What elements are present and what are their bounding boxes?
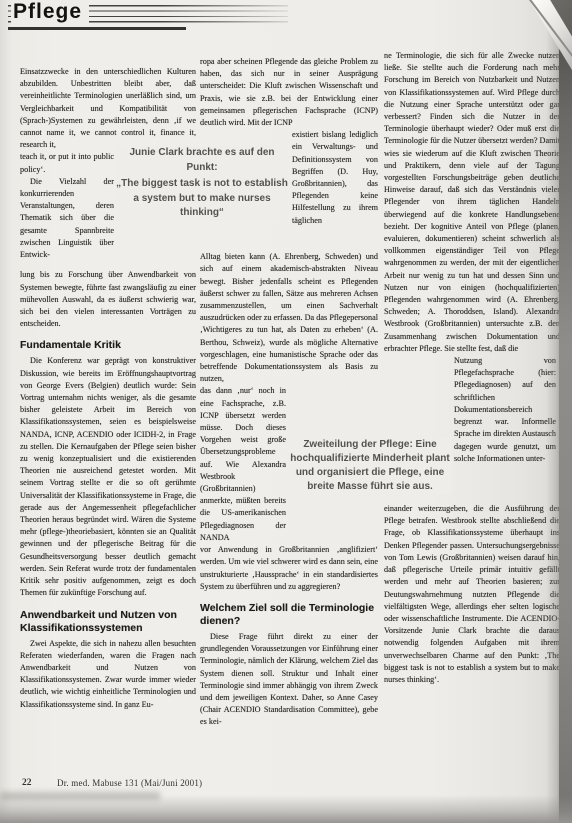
body-text-segment: einander weiterzugeben, die die Ausführu… — [384, 503, 560, 686]
body-text-segment: Die Konferenz war geprägt von konstrukti… — [20, 355, 196, 599]
body-text-segment-wrap-quote2: das dann ‚nur‘ noch in eine Fachsprache,… — [200, 385, 286, 544]
article-body: Einsatzzwecke in den unterschiedlichen K… — [0, 0, 572, 823]
page-curl — [520, 0, 572, 70]
pullquote-2-text: Zweiteilung der Pflege: Eine hochqualifi… — [288, 438, 452, 494]
body-text-segment: Einsatzzwecke in den unterschiedlichen K… — [20, 66, 196, 151]
scan-shadow-right-edge — [559, 0, 572, 823]
body-text-segment: Diese Frage führt direkt zu einer der gr… — [200, 631, 378, 729]
heading-anwendbarkeit-nutzen: Anwendbarkeit und Nutzen von Klassifikat… — [20, 609, 196, 635]
pullquote-2: Zweiteilung der Pflege: Eine hochqualifi… — [288, 438, 452, 494]
body-text-segment-wrap-quote2: Nutzung von Pflegefachsprache (hier: Pfl… — [454, 355, 556, 503]
body-text-segment: teach it, or put it into public policy‘. — [20, 151, 114, 175]
body-text-segment-wrap-quote1: teach it, or put it into public policy‘.… — [20, 151, 114, 269]
body-text-segment: vor Anwendung in Großbritannien ‚anglifi… — [200, 544, 378, 593]
heading-fundamentale-kritik: Fundamentale Kritik — [20, 339, 196, 352]
scanned-page: Pflege Einsatzzwecke in den unterschiedl… — [0, 0, 572, 823]
heading-welchem-ziel: Welchem Ziel soll die Terminologie diene… — [200, 602, 378, 628]
column-right: ne Terminologie, die sich für alle Zweck… — [384, 50, 560, 686]
body-text-segment: Zwei Aspekte, die sich in nahezu allen b… — [20, 638, 196, 711]
body-text-segment: ne Terminologie, die sich für alle Zweck… — [384, 50, 560, 355]
body-text-segment: Die Vielzahl der konkurrierenden Veranst… — [20, 176, 114, 261]
pullquote-1: Junie Clark brachte es auf den Punkt: „T… — [116, 146, 288, 221]
pullquote-1-text: „The biggest task is not to establish a … — [116, 177, 288, 221]
body-text-segment: Alltag bieten kann (A. Ehrenberg, Schwed… — [200, 251, 378, 385]
scan-shadow-bottom — [0, 795, 572, 823]
footer-journal-name: Dr. med. Mabuse 131 (Mai/Juni 2001) — [57, 778, 202, 788]
footer-page-number: 22 — [22, 778, 32, 788]
body-text-segment: ropa aber scheinen Pflegende das gleiche… — [200, 56, 378, 129]
body-text-segment-wrap-quote1: existiert bislang lediglich ein Verwaltu… — [292, 129, 378, 251]
body-text-segment: lung bis zu Forschung über Anwendbarkeit… — [20, 269, 196, 330]
pullquote-1-intro: Junie Clark brachte es auf den Punkt: — [116, 146, 288, 175]
